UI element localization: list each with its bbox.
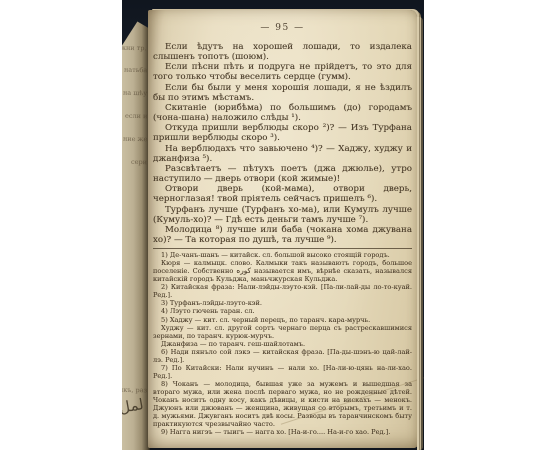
footnotes: 1) Де-чанъ-шанъ — китайск. сл. большой в… [153, 248, 412, 436]
page-number: — 95 — [153, 23, 412, 33]
page-content: — 95 — Если ѣдутъ на хорошей лошади, то … [153, 23, 412, 436]
arabic-scribble: لمل [122, 395, 145, 417]
body-paragraph: Турфанъ лучше (Турфанъ хо-ма), или Кумул… [153, 205, 412, 225]
left-page-edge: жни тр. натьба на шѣу если и ние же сери… [122, 15, 150, 450]
footnote-line: 7) По Китайски: Нали нучинъ — нали хо. [… [153, 364, 412, 380]
footnote-arabic-word: كوره [236, 266, 251, 275]
body-paragraph: Если бы были у меня хорошія лошади, я не… [153, 83, 412, 103]
footnote-line: Худжу — кит. сл. другой сортъ чернаго пе… [153, 324, 412, 340]
body-text: Если ѣдутъ на хорошей лошади, то издалек… [153, 42, 412, 245]
body-paragraph: На верблюдахъ что завьючено ⁴)? — Хаджу,… [153, 144, 412, 164]
footnote-line: Джанфиза — по таранч. геш-шайлотамъ. [153, 340, 412, 348]
left-page-fragment: на шѣу [123, 90, 147, 97]
body-paragraph: Если ѣдутъ на хорошей лошади, то издалек… [153, 42, 412, 62]
body-paragraph: Разсвѣтаетъ — пѣтухъ поетъ (джа джюлье),… [153, 164, 412, 184]
body-paragraph: Если пѣсни пѣть и подруга не прійдетъ, т… [153, 62, 412, 82]
body-paragraph: Молодица ⁸) лучше или баба (чокана хома … [153, 225, 412, 245]
footnote-line: 6) Нади пянъло сой лэкэ — китайская фраз… [153, 348, 412, 364]
body-paragraph: Отвори дверь (кой-мама), отвори дверь, ч… [153, 184, 412, 204]
left-page-fragment: шыкъ, раз [122, 387, 147, 395]
book-page: — 95 — Если ѣдутъ на хорошей лошади, то … [148, 10, 417, 448]
left-page-fragment: сери [131, 159, 147, 166]
page-background: { "colors": { "margin_background": "#fff… [0, 0, 550, 450]
footnote-line: 9) Нагга нигэъ — тыигъ — нагга хо. [На-и… [153, 428, 412, 436]
left-page-fragment: жни тр. [122, 45, 147, 52]
body-paragraph: Скитаніе (юрибѣма) по большимъ (до) горо… [153, 103, 412, 123]
body-paragraph: Откуда пришли верблюды скоро ²)? — Изъ Т… [153, 123, 412, 143]
footnote-line: 8) Чоканъ — молодица, бывшая уже за муже… [153, 380, 412, 428]
footnote-line: 4) Лэуто гючень таран. сл. [153, 307, 412, 315]
left-page-fragment: натьба [124, 67, 147, 74]
left-page-fragment: если и [125, 113, 147, 120]
footnote-line: 1) Де-чанъ-шанъ — китайск. сл. большой в… [153, 251, 412, 259]
footnote-line: Кюря — калмыцк. слово. Калмыки такъ назы… [153, 259, 412, 283]
footnote-line: 5) Хаджу — кит. сл. черный перецъ, по та… [153, 316, 412, 324]
left-page-fragment: ние же [123, 136, 148, 143]
footnote-line: 2) Китайская фраза: Нали-лэйды-лэуто-кэй… [153, 283, 412, 299]
book-photo: жни тр. натьба на шѣу если и ние же сери… [122, 0, 424, 450]
